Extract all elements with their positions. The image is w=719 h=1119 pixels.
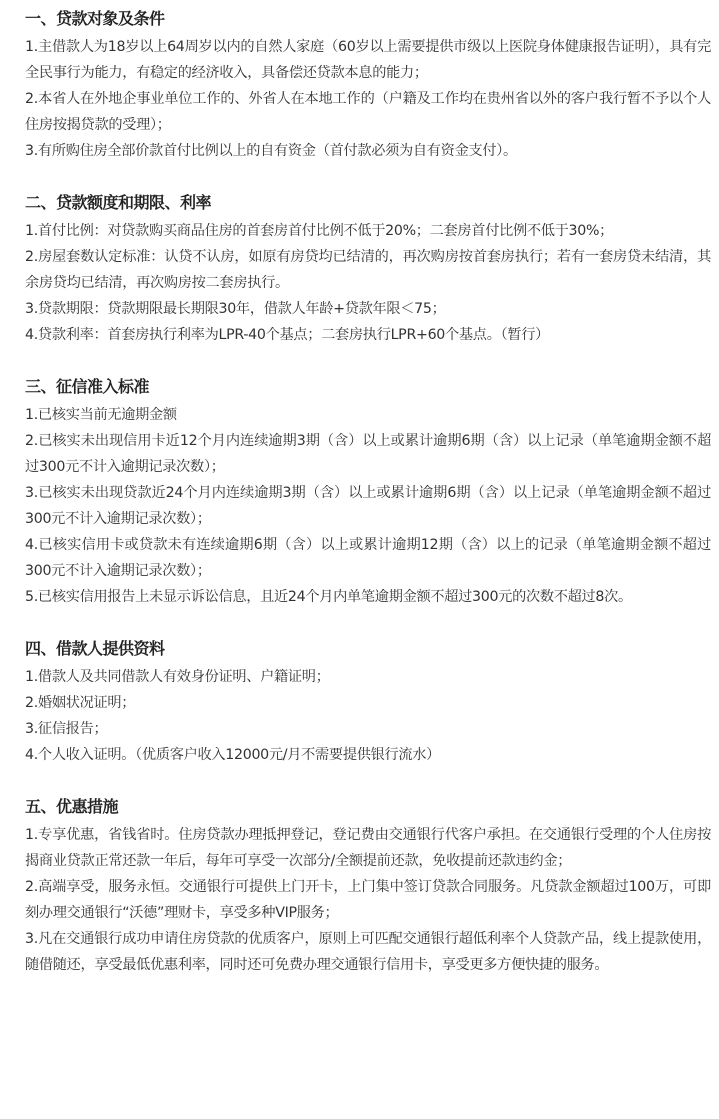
section-loan-eligibility: 一、贷款对象及条件 1.主借款人为18岁以上64周岁以内的自然人家庭（60岁以上… [25, 6, 711, 164]
section-required-documents: 四、借款人提供资料 1.借款人及共同借款人有效身份证明、户籍证明； 2.婚姻状况… [25, 636, 711, 768]
list-item: 3.有所购住房全部价款首付比例以上的自有资金（首付款必须为自有资金支付）。 [25, 138, 711, 164]
list-item: 4.已核实信用卡或贷款未有连续逾期6期（含）以上或累计逾期12期（含）以上的记录… [25, 532, 711, 584]
section-credit-standards: 三、征信准入标准 1.已核实当前无逾期金额 2.已核实未出现信用卡近12个月内连… [25, 374, 711, 610]
list-item: 1.借款人及共同借款人有效身份证明、户籍证明； [25, 664, 711, 690]
section-title: 三、征信准入标准 [25, 374, 711, 400]
list-item: 3.已核实未出现贷款近24个月内连续逾期3期（含）以上或累计逾期6期（含）以上记… [25, 480, 711, 532]
list-item: 2.已核实未出现信用卡近12个月内连续逾期3期（含）以上或累计逾期6期（含）以上… [25, 428, 711, 480]
loan-policy-document: 一、贷款对象及条件 1.主借款人为18岁以上64周岁以内的自然人家庭（60岁以上… [0, 0, 719, 978]
section-benefits: 五、优惠措施 1.专享优惠，省钱省时。住房贷款办理抵押登记，登记费由交通银行代客… [25, 794, 711, 978]
list-item: 5.已核实信用报告上未显示诉讼信息，且近24个月内单笔逾期金额不超过300元的次… [25, 584, 711, 610]
list-item: 1.已核实当前无逾期金额 [25, 402, 711, 428]
list-item: 3.征信报告； [25, 716, 711, 742]
list-item: 2.本省人在外地企事业单位工作的、外省人在本地工作的（户籍及工作均在贵州省以外的… [25, 86, 711, 138]
list-item: 4.贷款利率：首套房执行利率为LPR-40个基点；二套房执行LPR+60个基点。… [25, 322, 711, 348]
list-item: 1.专享优惠，省钱省时。住房贷款办理抵押登记，登记费由交通银行代客户承担。在交通… [25, 822, 711, 874]
section-title: 四、借款人提供资料 [25, 636, 711, 662]
list-item: 1.首付比例：对贷款购买商品住房的首套房首付比例不低于20%；二套房首付比例不低… [25, 218, 711, 244]
section-title: 二、贷款额度和期限、利率 [25, 190, 711, 216]
section-loan-amount-term-rate: 二、贷款额度和期限、利率 1.首付比例：对贷款购买商品住房的首套房首付比例不低于… [25, 190, 711, 348]
section-title: 一、贷款对象及条件 [25, 6, 711, 32]
section-title: 五、优惠措施 [25, 794, 711, 820]
list-item: 1.主借款人为18岁以上64周岁以内的自然人家庭（60岁以上需要提供市级以上医院… [25, 34, 711, 86]
list-item: 3.凡在交通银行成功申请住房贷款的优质客户，原则上可匹配交通银行超低利率个人贷款… [25, 926, 711, 978]
list-item: 2.高端享受，服务永恒。交通银行可提供上门开卡，上门集中签订贷款合同服务。凡贷款… [25, 874, 711, 926]
list-item: 3.贷款期限：贷款期限最长期限30年，借款人年龄+贷款年限＜75； [25, 296, 711, 322]
list-item: 2.房屋套数认定标准：认贷不认房，如原有房贷均已结清的，再次购房按首套房执行；若… [25, 244, 711, 296]
list-item: 4.个人收入证明。（优质客户收入12000元/月不需要提供银行流水） [25, 742, 711, 768]
list-item: 2.婚姻状况证明； [25, 690, 711, 716]
